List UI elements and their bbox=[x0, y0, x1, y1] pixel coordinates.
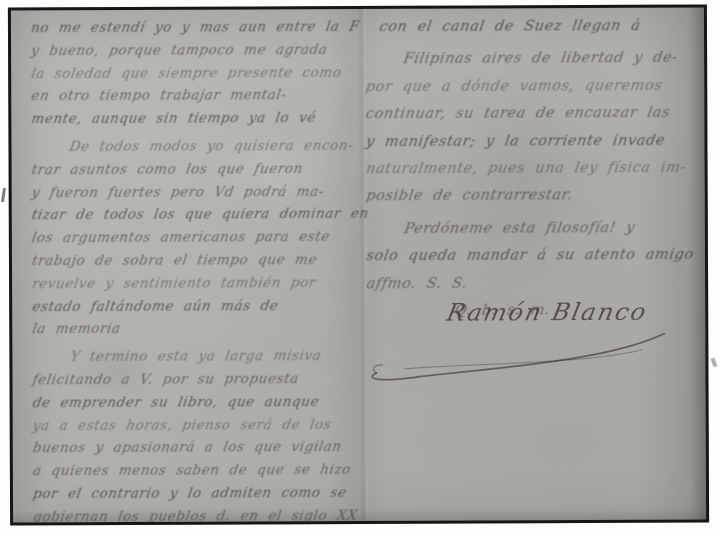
handwritten-line: los argumentos americanos para este bbox=[30, 226, 372, 250]
handwritten-line: y fueron fuertes pero Vd podrá ma- bbox=[30, 181, 372, 205]
handwritten-line: tizar de todos los que quiera dominar en bbox=[30, 203, 372, 227]
handwritten-line: buenos y apasionará a los que vigilan bbox=[31, 436, 373, 460]
scanned-letter-page: { "colors": { "paper": "#b1afac", "frame… bbox=[0, 0, 720, 534]
handwritten-line: Filipinas aires de libertad y de- bbox=[363, 45, 708, 74]
handwritten-line: continuar, su tarea de encauzar las bbox=[363, 100, 708, 129]
handwritten-line: la soledad que siempre presente como bbox=[29, 62, 371, 86]
handwritten-line: trabajo de sobra el tiempo que me bbox=[30, 249, 372, 273]
handwritten-line: revuelve y sentimiento también por bbox=[30, 272, 372, 296]
handwritten-line: ya a estas horas, pienso será de los bbox=[31, 413, 373, 437]
handwritten-line: Perdóneme esta filosofía! y bbox=[364, 214, 709, 243]
letter-left-page: no me estendí yo y mas aun entre la Fy b… bbox=[29, 16, 369, 526]
handwritten-line: De todos modos yo quisiera encon- bbox=[30, 135, 372, 159]
handwritten-line: con el canal de Suez llegan á bbox=[363, 12, 708, 41]
handwritten-line: en otro tiempo trabajar mental- bbox=[29, 84, 371, 108]
handwritten-line: affmo. S. S. bbox=[364, 269, 709, 298]
handwritten-line: solo queda mandar á su atento amigo bbox=[364, 242, 709, 271]
handwritten-line: la memoria bbox=[30, 317, 372, 341]
handwritten-line: por el contrario y lo admiten como se bbox=[31, 482, 373, 506]
handwritten-line: no me estendí yo y mas aun entre la F bbox=[29, 16, 371, 40]
letter-right-page: con el canal de Suez llegan áFilipinas a… bbox=[363, 12, 704, 325]
signature-flourish bbox=[360, 320, 680, 383]
signature-block: Ramón Blanco bbox=[364, 297, 704, 382]
handwritten-line: a quienes menos saben de que se hizo bbox=[31, 459, 373, 483]
handwritten-line: estado faltándome aún más de bbox=[30, 295, 372, 319]
signature-name: Ramón Blanco bbox=[364, 297, 709, 327]
handwritten-line: trar asuntos como los que fueron bbox=[30, 158, 372, 182]
scan-artifact bbox=[1, 188, 6, 202]
handwritten-line: y bueno, porque tampoco me agrada bbox=[29, 39, 371, 63]
handwritten-line: gobiernan los pueblos d. en el siglo XX bbox=[31, 505, 373, 526]
handwritten-line: mente, aunque sin tiempo ya lo vé bbox=[29, 107, 371, 131]
handwritten-line: por que a dónde vamos, queremos bbox=[363, 72, 708, 101]
handwritten-line: y manifestar; y la corriente invade bbox=[364, 127, 709, 156]
handwritten-line: de emprender su libro, que aunque bbox=[31, 391, 373, 415]
handwritten-line: posible de contrarrestar. bbox=[364, 182, 709, 211]
handwritten-line: Y termino esta ya larga misiva bbox=[30, 345, 372, 369]
handwritten-line: naturalmente, pues una ley física im- bbox=[364, 154, 709, 183]
scan-artifact bbox=[711, 358, 718, 368]
handwritten-line: felicitando a V. por su propuesta bbox=[31, 368, 373, 392]
scan-frame: no me estendí yo y mas aun entre la Fy b… bbox=[8, 4, 709, 525]
